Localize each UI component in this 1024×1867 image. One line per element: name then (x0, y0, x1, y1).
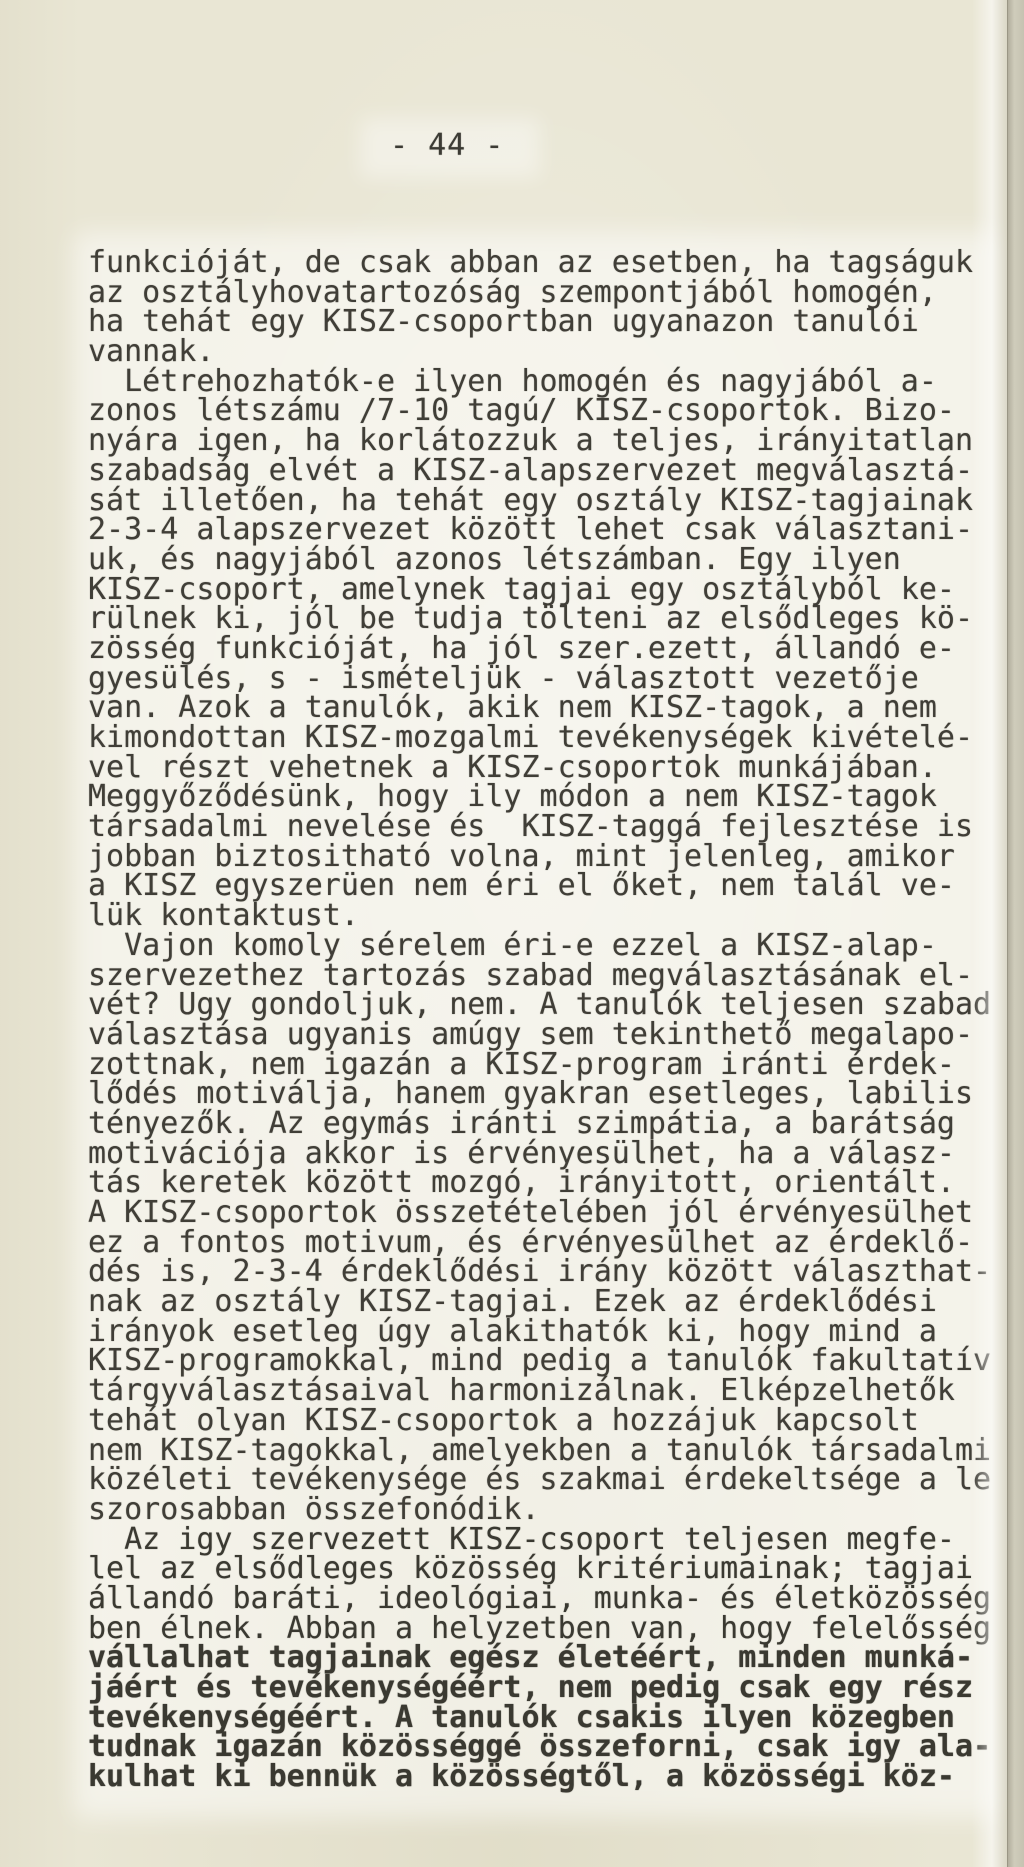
text-line: funkcióját, de csak abban az esetben, ha… (88, 248, 1008, 278)
text-line: szorosabban összefonódik. (88, 1495, 1008, 1525)
text-line: gyesülés, s - ismételjük - választott ve… (88, 664, 1008, 694)
text-line: nem KISZ-tagokkal, amelyekben a tanulók … (88, 1436, 1008, 1466)
page-number: - 44 - (390, 130, 504, 162)
text-line: a KISZ egyszerüen nem éri el őket, nem t… (88, 871, 1008, 901)
text-line: jáért és tevékenységéért, nem pedig csak… (88, 1673, 1008, 1703)
text-line: szabadság elvét a KISZ-alapszervezet meg… (88, 456, 1008, 486)
text-line: zottnak, nem igazán a KISZ-program iránt… (88, 1050, 1008, 1080)
text-line: rülnek ki, jól be tudja tölteni az elsőd… (88, 604, 1008, 634)
text-line: ben élnek. Abban a helyzetben van, hogy … (88, 1614, 1008, 1644)
text-line: tehát olyan KISZ-csoportok a hozzájuk ka… (88, 1406, 1008, 1436)
text-line: vel részt vehetnek a KISZ-csoportok munk… (88, 753, 1008, 783)
text-line: dés is, 2-3-4 érdeklődési irány között v… (88, 1257, 1008, 1287)
text-line: vét? Ugy gondoljuk, nem. A tanulók telje… (88, 990, 1008, 1020)
text-line: ez a fontos motivum, és érvényesülhet az… (88, 1228, 1008, 1258)
text-line: közéleti tevékenysége és szakmai érdekel… (88, 1465, 1008, 1495)
text-line: zösség funkcióját, ha jól szer.ezett, ál… (88, 634, 1008, 664)
text-line: kulhat ki bennük a közösségtől, a közöss… (88, 1762, 1008, 1792)
text-line: ha tehát egy KISZ-csoportban ugyanazon t… (88, 307, 1008, 337)
text-line: lel az elsődleges közösség kritériumaina… (88, 1554, 1008, 1584)
text-line: társadalmi nevelése és KISZ-taggá fejles… (88, 812, 1008, 842)
text-line: irányok esetleg úgy alakithatók ki, hogy… (88, 1317, 1008, 1347)
text-line: Az igy szervezett KISZ-csoport teljesen … (88, 1525, 1008, 1555)
text-line: tudnak igazán közösséggé összeforni, csa… (88, 1732, 1008, 1762)
text-line: van. Azok a tanulók, akik nem KISZ-tagok… (88, 693, 1008, 723)
text-line: nak az osztály KISZ-tagjai. Ezek az érde… (88, 1287, 1008, 1317)
text-line: Létrehozhatók-e ilyen homogén és nagyjáb… (88, 367, 1008, 397)
scan-edge (1007, 0, 1024, 1867)
text-line: KISZ-csoport, amelynek tagjai egy osztál… (88, 575, 1008, 605)
text-line: KISZ-programokkal, mind pedig a tanulók … (88, 1346, 1008, 1376)
text-line: Vajon komoly sérelem éri-e ezzel a KISZ-… (88, 931, 1008, 961)
text-line: motivációja akkor is érvényesülhet, ha a… (88, 1139, 1008, 1169)
body-text: funkcióját, de csak abban az esetben, ha… (88, 248, 1008, 1814)
text-line: tényezők. Az egymás iránti szimpátia, a … (88, 1109, 1008, 1139)
text-line: lődés motiválja, hanem gyakran esetleges… (88, 1079, 1008, 1109)
text-line: tevékenységéért. A tanulók csakis ilyen … (88, 1703, 1008, 1733)
text-line: tás keretek között mozgó, irányitott, or… (88, 1168, 1008, 1198)
text-line: vannak. (88, 337, 1008, 367)
text-line: kimondottan KISZ-mozgalmi tevékenységek … (88, 723, 1008, 753)
text-line: A KISZ-csoportok összetételében jól érvé… (88, 1198, 1008, 1228)
text-line: tárgyválasztásaival harmonizálnak. Elkép… (88, 1376, 1008, 1406)
text-line: sát illetően, ha tehát egy osztály KISZ-… (88, 486, 1008, 516)
text-line: nyára igen, ha korlátozzuk a teljes, irá… (88, 426, 1008, 456)
text-line: vállalhat tagjainak egész életéért, mind… (88, 1643, 1008, 1673)
text-line: választása ugyanis amúgy sem tekinthető … (88, 1020, 1008, 1050)
text-line: Meggyőződésünk, hogy ily módon a nem KIS… (88, 782, 1008, 812)
text-line: lük kontaktust. (88, 901, 1008, 931)
text-line: zonos létszámu /7-10 tagú/ KISZ-csoporto… (88, 396, 1008, 426)
text-line: állandó baráti, ideológiai, munka- és él… (88, 1584, 1008, 1614)
text-line: uk, és nagyjából azonos létszámban. Egy … (88, 545, 1008, 575)
text-line: 2-3-4 alapszervezet között lehet csak vá… (88, 515, 1008, 545)
text-line: szervezethez tartozás szabad megválasztá… (88, 961, 1008, 991)
text-line: jobban biztositható volna, mint jelenleg… (88, 842, 1008, 872)
text-line: az osztályhovatartozóság szempontjából h… (88, 278, 1008, 308)
